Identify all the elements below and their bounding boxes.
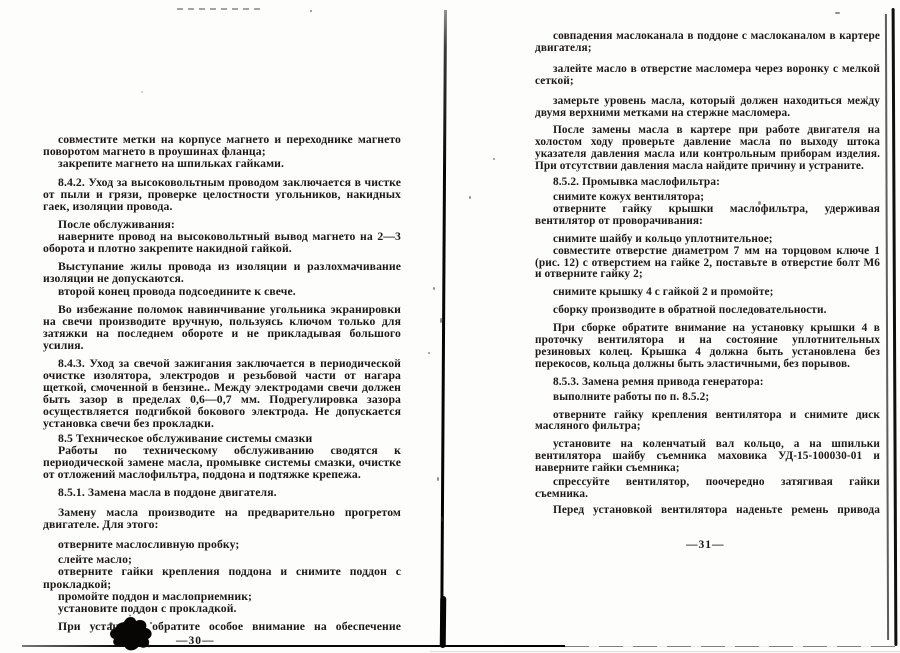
ink-speck — [835, 12, 840, 14]
section-heading: 8.5.2. Промывка маслофильтра: — [535, 177, 880, 189]
ink-speck — [440, 318, 442, 323]
paragraph: Выступание жилы провода из изоляции и ра… — [43, 261, 401, 285]
paragraph: Перед установкой вентилятора наденьте ре… — [535, 505, 880, 517]
list-item: сборку производите в обратной последоват… — [535, 305, 880, 317]
left-page: совместите метки на корпусе магнето и пе… — [43, 134, 401, 633]
list-item: отверните маслосливную пробку; — [43, 539, 401, 551]
list-item: установите поддон с прокладкой. — [43, 603, 401, 615]
paragraph: При установке обратите особое внимание н… — [43, 621, 401, 633]
ink-speck — [433, 287, 435, 290]
paragraph: После замены масла в картере при работе … — [535, 125, 880, 173]
paragraph: При сборке обратите внимание на установк… — [535, 323, 880, 371]
book-spine-line-foot — [440, 596, 447, 648]
right-page-edge-line-outer — [892, 8, 898, 646]
right-page: совпадения маслоканала в поддоне с масло… — [535, 31, 880, 517]
list-item: отверните гайку крышки маслофильтра, уде… — [535, 204, 880, 228]
paragraph: закрепите магнето на шпильках гайками. — [43, 158, 401, 170]
ink-speck — [441, 516, 443, 522]
list-item: отверните гайки крепления поддона и сним… — [43, 566, 401, 590]
paragraph: совместите метки на корпусе магнето и пе… — [43, 134, 401, 158]
list-item: отверните гайку крепления вентилятора и … — [535, 410, 880, 434]
paragraph: Во избежание поломок навинчивание угольн… — [43, 304, 401, 352]
ink-speck — [141, 91, 143, 93]
paragraph: наверните провод на высоковольтный вывод… — [43, 231, 401, 255]
list-item: замерьте уровень масла, который должен н… — [535, 96, 880, 120]
ink-speck — [469, 196, 471, 199]
paragraph: совпадения маслоканала в поддоне с масло… — [535, 31, 880, 55]
paragraph: 8.4.3. Уход за свечой зажигания заключае… — [43, 358, 401, 430]
ink-speck — [758, 201, 761, 205]
right-page-number: —31— — [686, 539, 725, 551]
top-faint-dashes — [177, 8, 265, 10]
list-item: выполните работы по п. 8.5.2; — [535, 392, 880, 404]
paragraph: второй конец провода подсоедините к свеч… — [43, 286, 401, 298]
right-page-edge-line-inner — [885, 14, 889, 640]
bottom-scan-hairline — [430, 651, 900, 652]
list-item: совместите отверстие диаметром 7 мм на т… — [535, 246, 880, 282]
bottom-scan-edge-line — [22, 645, 565, 647]
ink-blot — [105, 613, 155, 653]
ink-speck — [437, 477, 439, 481]
ink-speck — [866, 96, 868, 98]
ink-speck — [493, 158, 495, 160]
paragraph: Замену масла производите на предваритель… — [43, 507, 401, 531]
paragraph: 8.4.2. Уход за высоковольтным проводом з… — [43, 177, 401, 213]
list-item: снимите крышку 4 с гайкой 2 и промойте; — [535, 287, 880, 299]
list-item: установите на коленчатый вал кольцо, а н… — [535, 439, 880, 475]
bottom-scan-edge-line-faint — [565, 646, 895, 647]
list-item: снимите шайбу и кольцо уплотнительное; — [535, 234, 880, 246]
section-heading: 8.5.1. Замена масла в поддоне двигателя. — [43, 487, 401, 499]
section-heading: 8.5.3. Замена ремня привода генератора: — [535, 377, 880, 389]
paragraph: Работы по техническому обслуживанию свод… — [43, 445, 401, 481]
book-spine-line — [440, 10, 446, 647]
ink-speck — [310, 10, 312, 12]
list-item: залейте масло в отверстие масломера чере… — [535, 64, 880, 88]
ink-speck — [428, 352, 430, 354]
list-item: спрессуйте вентилятор, поочередно затяги… — [535, 477, 880, 501]
list-item: промойте поддон и маслоприемник; — [43, 591, 401, 603]
